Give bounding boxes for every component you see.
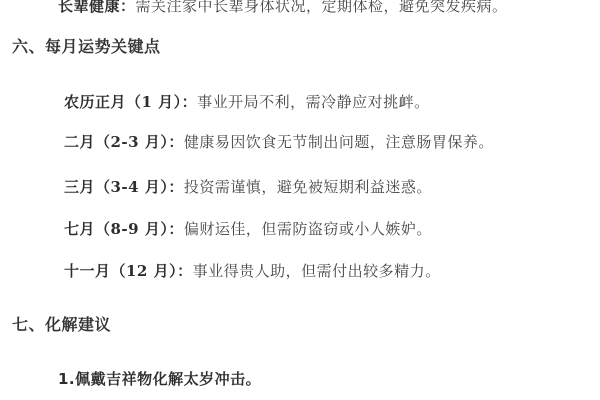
month-label: 七月（8-9 月）： <box>64 220 184 238</box>
month-label: 三月（3-4 月）： <box>64 178 184 196</box>
advice-text: 佩戴吉祥物化解太岁冲击。 <box>75 370 261 388</box>
month-text: 事业得贵人助，但需付出较多精力。 <box>193 262 441 280</box>
month-item: 二月（2-3 月）：健康易因饮食无节制出问题，注意肠胃保养。 <box>64 132 494 152</box>
section-7-heading: 七、化解建议 <box>12 314 111 336</box>
month-label: 十一月（12 月）： <box>64 262 193 280</box>
section-6-heading: 六、每月运势关键点 <box>12 36 161 58</box>
month-text: 偏财运佳，但需防盗窃或小人嫉妒。 <box>184 220 432 238</box>
elder-health-line: 长辈健康：需关注家中长辈身体状况，定期体检，避免突发疾病。 <box>58 0 508 16</box>
month-item: 三月（3-4 月）：投资需谨慎，避免被短期利益迷惑。 <box>64 177 432 197</box>
elder-health-label: 长辈健康： <box>58 0 136 15</box>
month-item: 农历正月（1 月）：事业开局不利，需冷静应对挑衅。 <box>64 92 430 112</box>
advice-item: 1.佩戴吉祥物化解太岁冲击。 <box>58 369 261 389</box>
month-text: 投资需谨慎，避免被短期利益迷惑。 <box>184 178 432 196</box>
month-item: 七月（8-9 月）：偏财运佳，但需防盗窃或小人嫉妒。 <box>64 219 432 239</box>
month-text: 健康易因饮食无节制出问题，注意肠胃保养。 <box>184 133 494 151</box>
elder-health-text: 需关注家中长辈身体状况，定期体检，避免突发疾病。 <box>136 0 508 15</box>
month-label: 农历正月（1 月）： <box>64 93 197 111</box>
month-label: 二月（2-3 月）： <box>64 133 184 151</box>
month-text: 事业开局不利，需冷静应对挑衅。 <box>197 93 430 111</box>
advice-number: 1. <box>58 370 75 388</box>
month-item: 十一月（12 月）：事业得贵人助，但需付出较多精力。 <box>64 261 441 281</box>
